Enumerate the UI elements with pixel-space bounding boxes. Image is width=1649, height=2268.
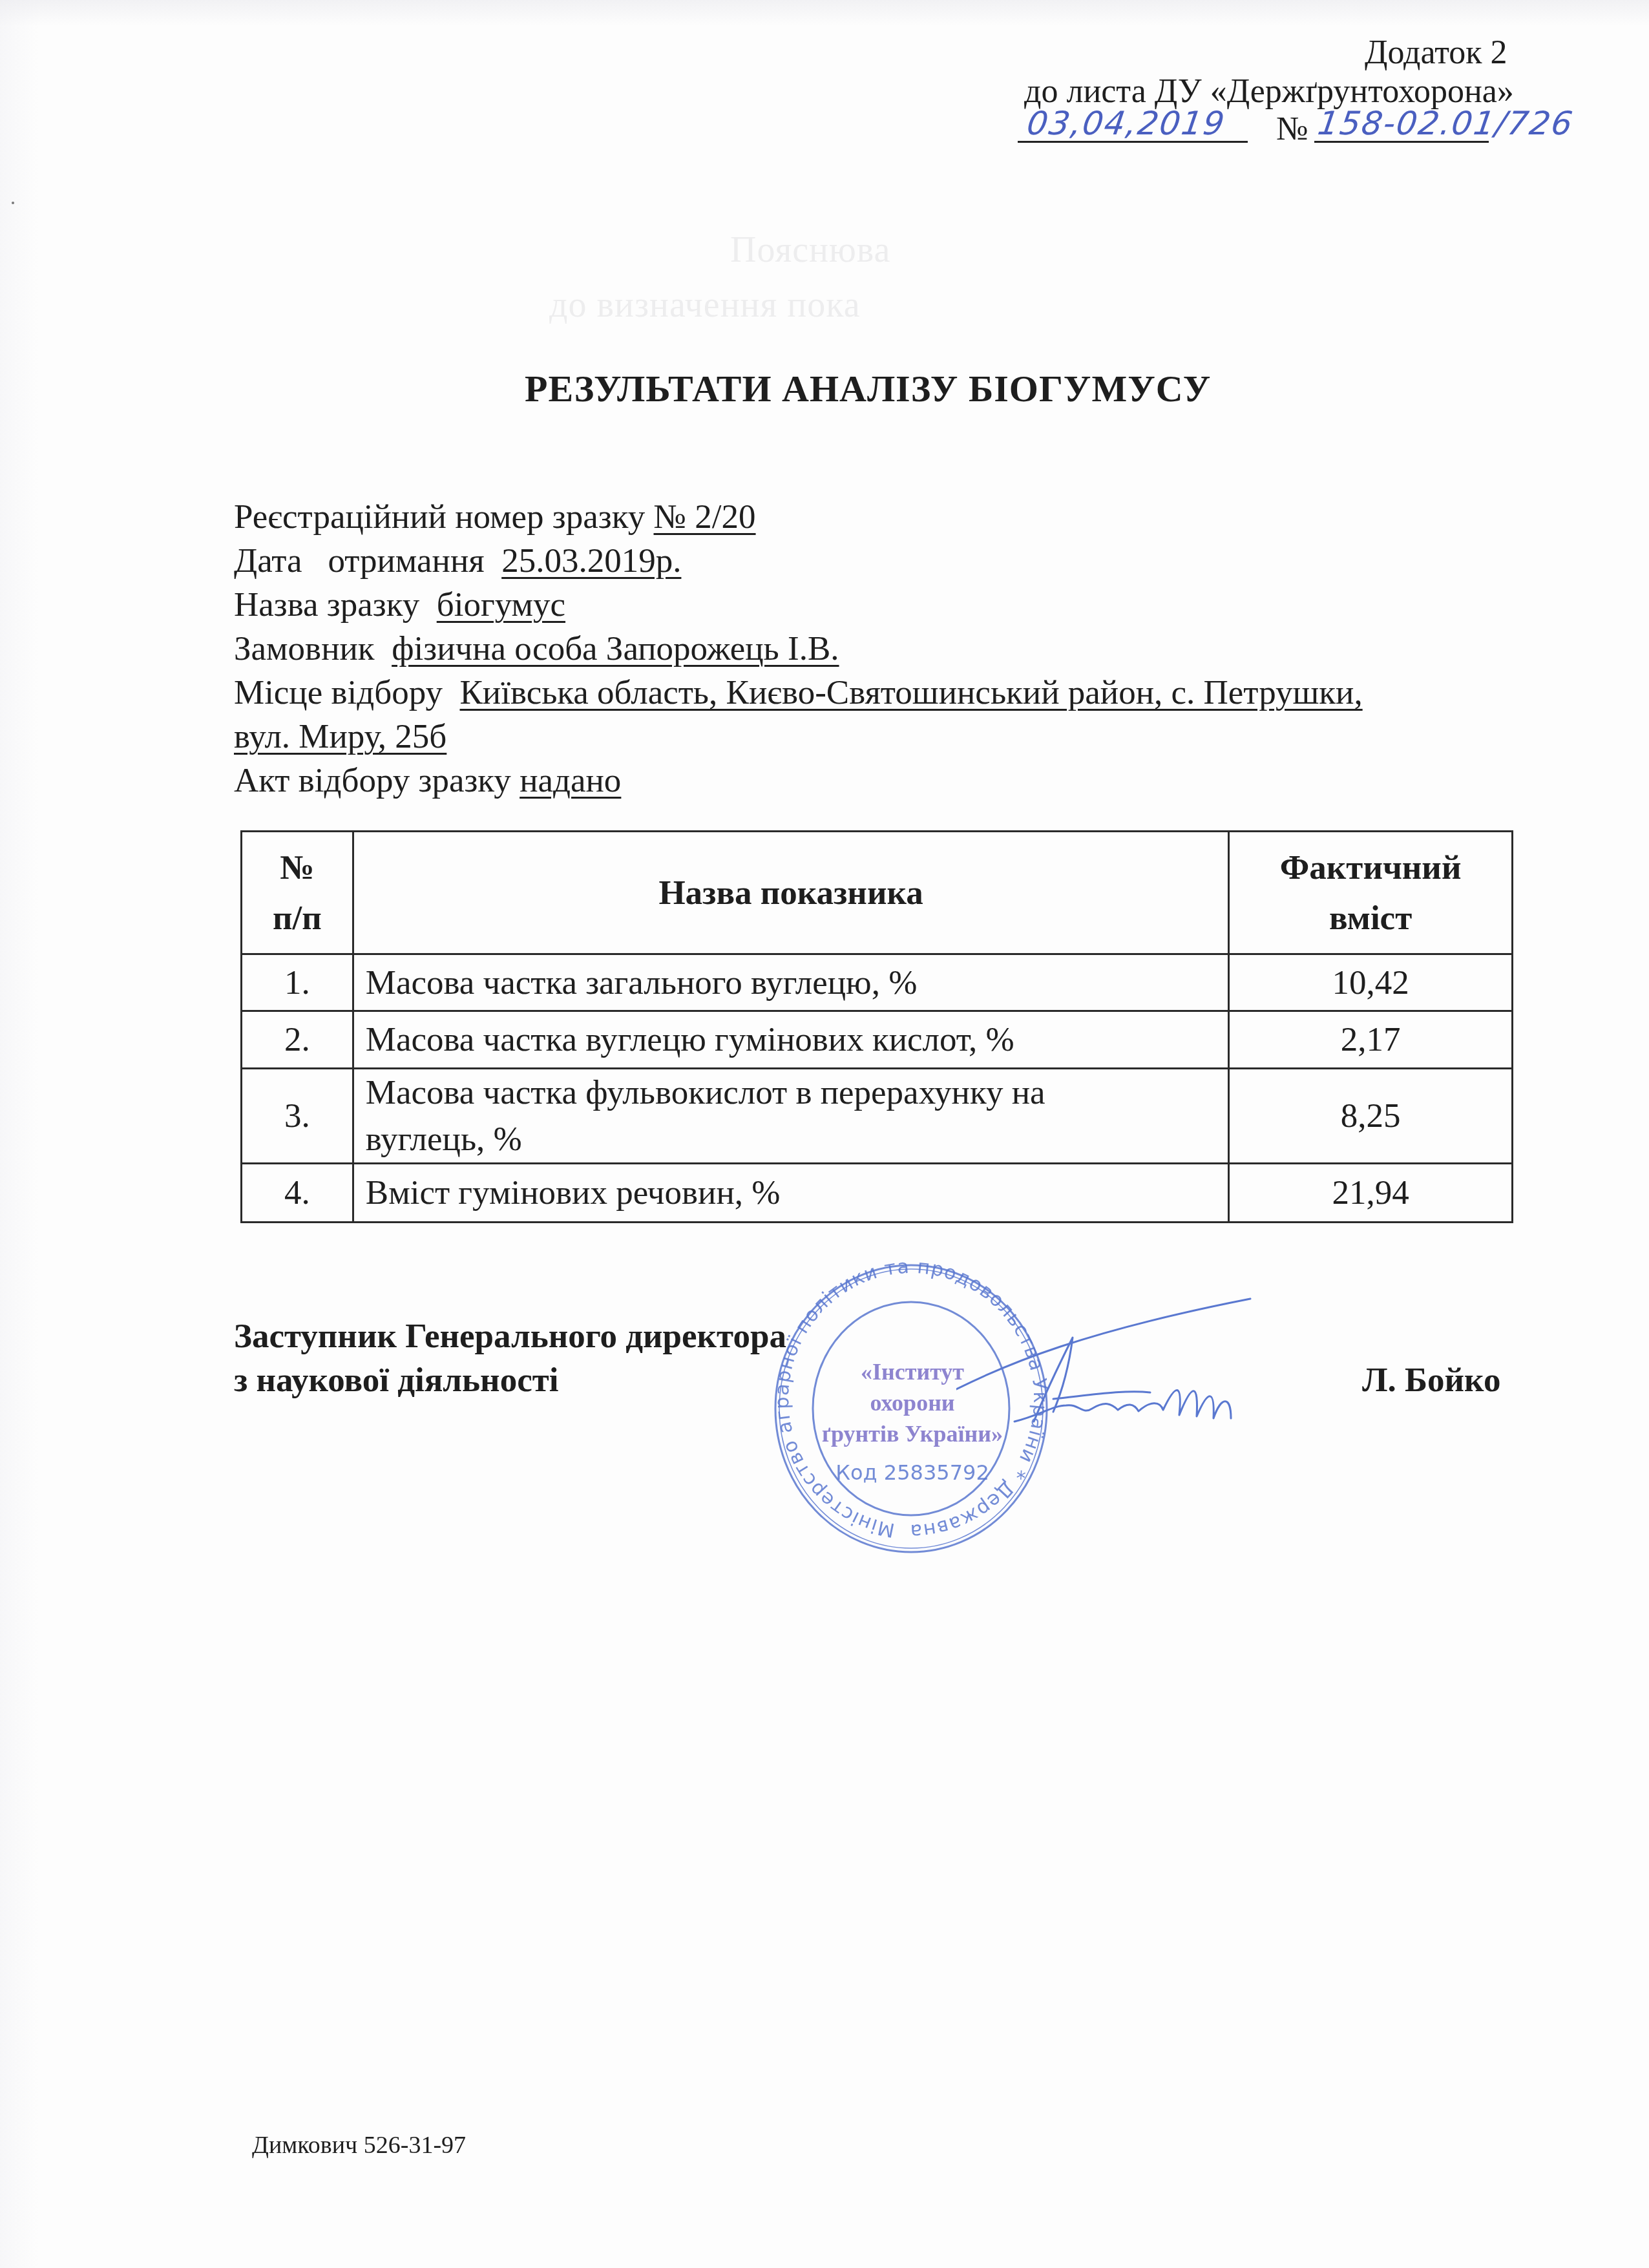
received-date-label: Дата отримання [234, 542, 501, 580]
location-label: Місце відбору [234, 674, 460, 711]
header-number-line-1: № [254, 843, 341, 893]
svg-text:«Інститут: «Інститут [861, 1359, 964, 1385]
sampling-act-value: надано [520, 762, 621, 799]
sample-name-value: біогумус [437, 586, 565, 624]
row-indicator: Масова частка фульвокислот в перерахунку… [353, 1069, 1228, 1164]
row-value: 2,17 [1229, 1011, 1513, 1069]
row-value: 10,42 [1229, 954, 1513, 1011]
results-table: № п/п Назва показника Фактичний вміст 1.… [240, 830, 1513, 1223]
bleed-through-line-1: Пояснюва [730, 229, 890, 271]
sample-name-line: Назва зразку біогумус [234, 585, 565, 624]
document-title: РЕЗУЛЬТАТИ АНАЛІЗУ БІОГУМУСУ [525, 367, 1211, 410]
row-number: 3. [242, 1069, 353, 1164]
location-line: Місце відбору Київська область, Києво-Св… [234, 673, 1363, 712]
sample-name-label: Назва зразку [234, 586, 437, 624]
signature-scribble-icon [956, 1292, 1266, 1428]
row-number: 4. [242, 1164, 353, 1223]
table-header-row: № п/п Назва показника Фактичний вміст [242, 832, 1513, 954]
signatory-name: Л. Бойко [1362, 1361, 1500, 1400]
registration-label: Реєстраційний номер зразку [234, 498, 654, 536]
scan-artifact [12, 202, 14, 204]
row-number: 1. [242, 954, 353, 1011]
location-value-line-2: вул. Миру, 25б [234, 718, 446, 755]
table-row: 4. Вміст гумінових речовин, % 21,94 [242, 1164, 1513, 1223]
sampling-act-line: Акт відбору зразку надано [234, 761, 621, 800]
row-indicator: Масова частка загального вуглецю, % [353, 954, 1228, 1011]
header-value-line-1: Фактичний [1241, 843, 1500, 893]
header-indicator-name: Назва показника [353, 832, 1228, 954]
row-indicator-line-1: Масова частка фульвокислот в перерахунку… [366, 1069, 1216, 1116]
customer-value: фізична особа Запорожець І.В. [392, 630, 839, 667]
svg-text:Код 25835792: Код 25835792 [835, 1460, 989, 1485]
handwritten-number: 158-02.01/726 [1316, 105, 1576, 142]
received-date-value: 25.03.2019р. [501, 542, 681, 580]
row-number: 2. [242, 1011, 353, 1069]
location-line-2: вул. Миру, 25б [234, 717, 446, 756]
registration-number-line: Реєстраційний номер зразку № 2/20 [234, 498, 756, 536]
row-indicator: Масова частка вуглецю гумінових кислот, … [353, 1011, 1228, 1069]
appendix-label: Додаток 2 [1365, 34, 1507, 72]
row-indicator: Вміст гумінових речовин, % [353, 1164, 1228, 1223]
row-value: 21,94 [1229, 1164, 1513, 1223]
row-value: 8,25 [1229, 1069, 1513, 1164]
header-actual-content: Фактичний вміст [1229, 832, 1513, 954]
footer-contact: Димкович 526-31-97 [252, 2131, 466, 2159]
table-row: 2. Масова частка вуглецю гумінових кисло… [242, 1011, 1513, 1069]
handwritten-date: 03,04,2019 [1025, 105, 1228, 142]
received-date-line: Дата отримання 25.03.2019р. [234, 541, 681, 580]
header-value-line-2: вміст [1241, 893, 1500, 943]
header-number: № п/п [242, 832, 353, 954]
document-page: Пояснюва до визначення пока Додаток 2 до… [0, 0, 1649, 2268]
header-number-line-2: п/п [254, 893, 341, 943]
handwritten-signature [956, 1292, 1266, 1428]
table-row: 3. Масова частка фульвокислот в перераху… [242, 1069, 1513, 1164]
number-symbol: № [1276, 110, 1308, 148]
signatory-position-line-2: з наукової діяльності [234, 1361, 558, 1400]
bleed-through-line-2: до визначення пока [549, 284, 861, 326]
signatory-position-line-1: Заступник Генерального директора [234, 1317, 786, 1356]
table-row: 1. Масова частка загального вуглецю, % 1… [242, 954, 1513, 1011]
svg-text:охорони: охорони [870, 1390, 954, 1416]
row-indicator-line-2: вуглець, % [366, 1116, 1216, 1162]
registration-value: № 2/20 [654, 498, 756, 536]
location-value-line-1: Київська область, Києво-Святошинський ра… [460, 674, 1363, 711]
customer-line: Замовник фізична особа Запорожець І.В. [234, 629, 839, 668]
sampling-act-label: Акт відбору зразку [234, 762, 520, 799]
customer-label: Замовник [234, 630, 392, 667]
